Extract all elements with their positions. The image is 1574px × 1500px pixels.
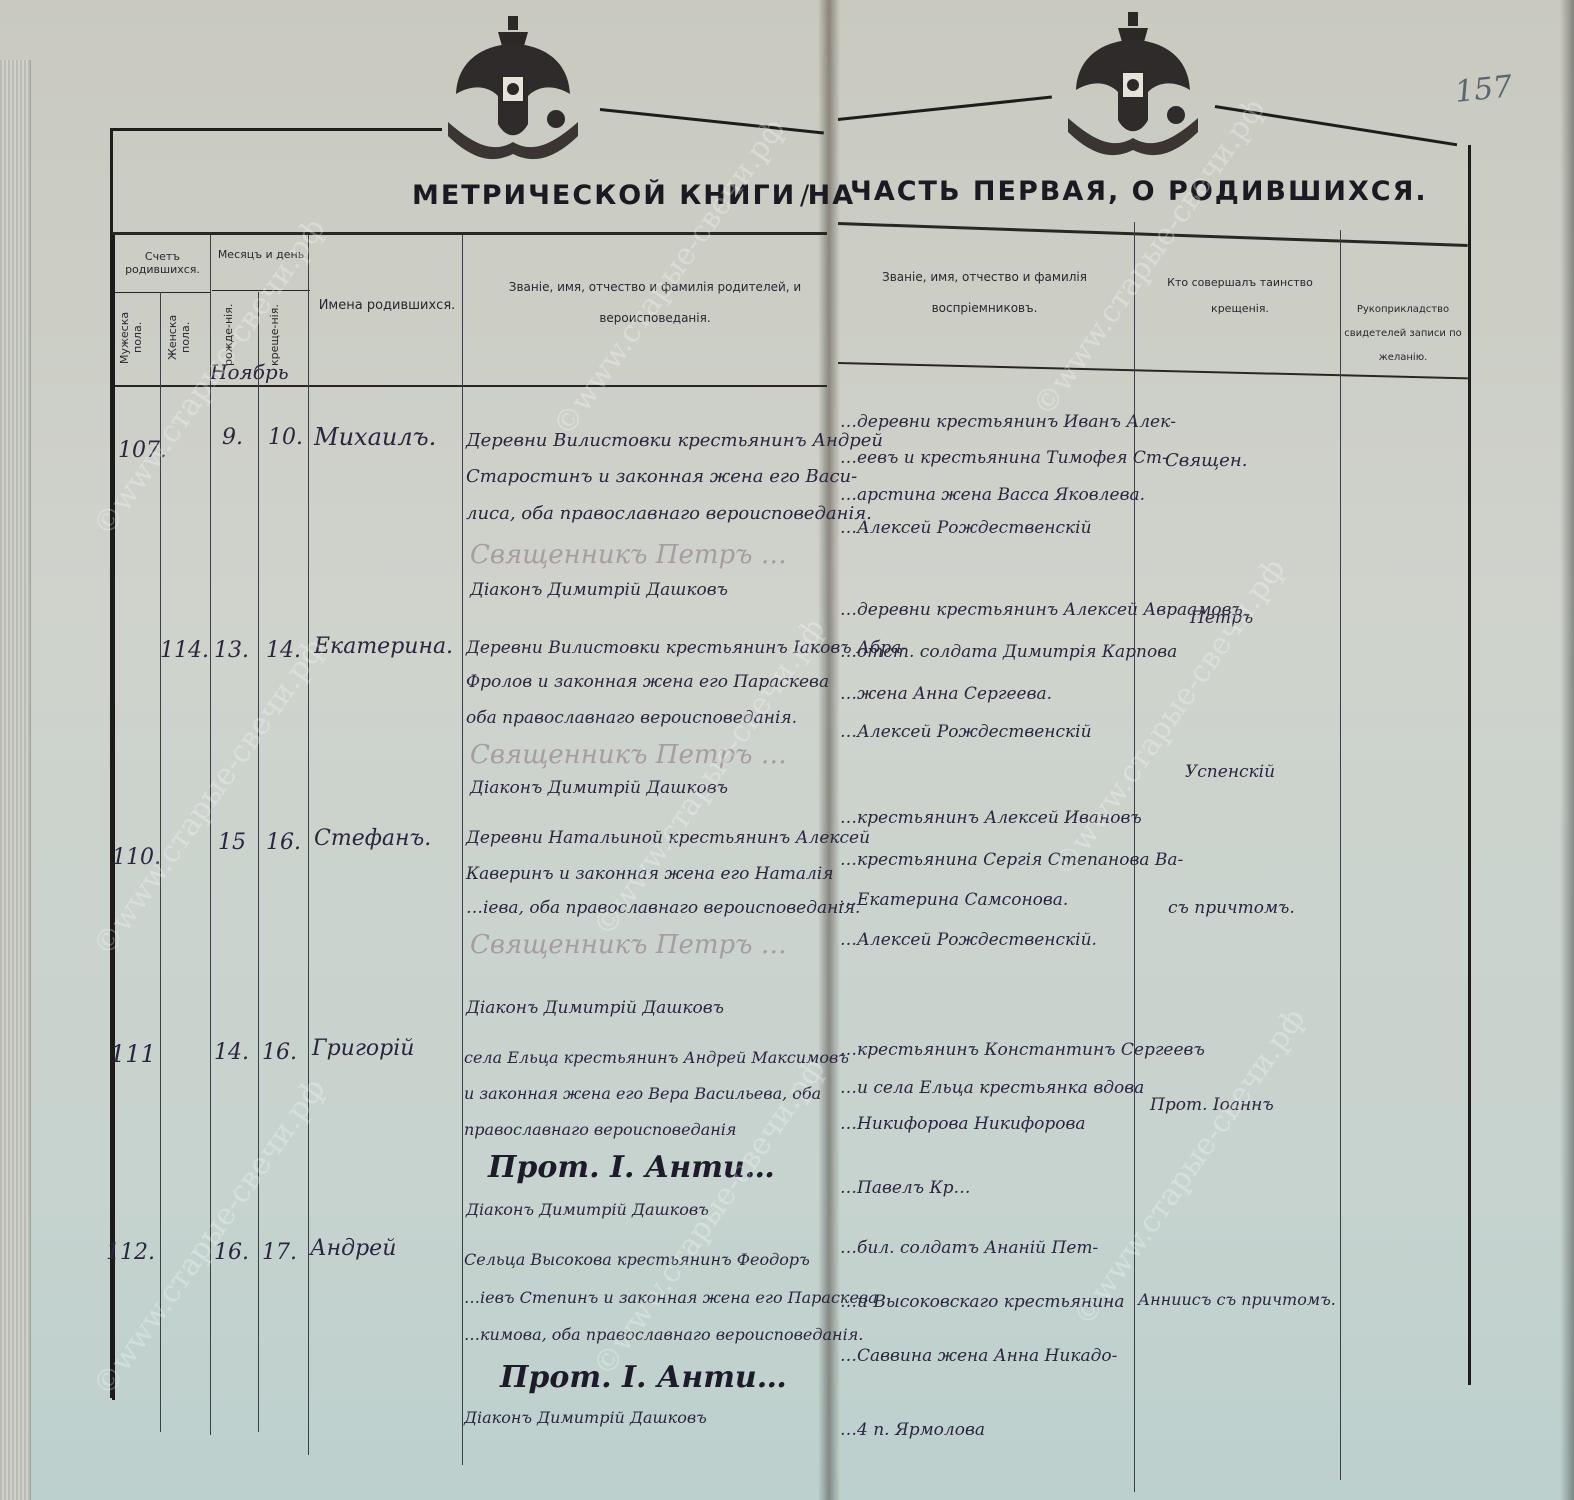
- record-5-child-name: Андрей: [310, 1236, 396, 1261]
- record-4-birth-day: 14.: [214, 1040, 249, 1065]
- record-5-parents-line-2: …іевъ Степинъ и законная жена его Параск…: [464, 1288, 878, 1307]
- col-header-priest: Кто совершалъ таинство крещенія.: [1150, 270, 1330, 323]
- record-2-parents-signature: Священникъ Петръ …: [470, 740, 787, 770]
- record-3-parents-signature: Священникъ Петръ …: [470, 930, 787, 960]
- record-2-priest: Петръ: [1190, 608, 1253, 628]
- record-5-archpriest-signature: Прот. І. Анти…: [500, 1360, 787, 1395]
- col-header-male: Мужеска пола.: [118, 300, 144, 375]
- record-1-godparents-line-3: …арстина жена Васса Яковлева.: [840, 485, 1145, 505]
- col-header-godparents: Званіе, имя, отчество и фамилія воспріем…: [842, 262, 1127, 324]
- record-5-godparents-line-4: …4 п. Ярмолова: [840, 1420, 985, 1440]
- record-2-godparents-line-4: …Алексей Рождественскій: [840, 722, 1092, 742]
- record-5-parents-line-3: …кимова, оба православнаго вероисповедан…: [464, 1325, 863, 1344]
- record-4-baptism-day: 16.: [262, 1040, 297, 1065]
- record-2-parents-line-2: Фролов и законная жена его Параскева: [466, 672, 829, 692]
- record-2-godparents-line-2: …отст. солдата Димитрія Карпова: [840, 642, 1177, 662]
- record-4-male-number: 111: [110, 1040, 156, 1068]
- record-2-godparents-line-1: …деревни крестьянинъ Алексей Авраамовъ: [840, 600, 1243, 620]
- double-headed-eagle-emblem-right: [1058, 10, 1208, 160]
- col-rule-4: [308, 235, 309, 1455]
- record-1-parents-signature: Священникъ Петръ …: [470, 540, 787, 570]
- eagle-icon: [1058, 10, 1208, 160]
- record-1-priest: Священ.: [1165, 450, 1247, 471]
- register-year-mark: /: [800, 180, 811, 211]
- record-3-male-number: 110.: [112, 845, 161, 870]
- frame-top-right: [838, 96, 1052, 121]
- record-4-deacon-note: Діаконъ Димитрій Дашковъ: [466, 998, 724, 1018]
- record-2-child-name: Екатерина.: [314, 634, 453, 659]
- frame-right-edge: [1468, 145, 1471, 1385]
- record-4-child-name: Григорій: [312, 1036, 414, 1061]
- record-3-baptism-day: 16.: [266, 830, 301, 855]
- col-header-parents: Званіе, имя, отчество и фамилія родителе…: [490, 272, 820, 334]
- col-header-signatures: Рукоприкладство свидетелей записи по жел…: [1338, 298, 1468, 370]
- record-4-godparents-line-1: …крестьянинъ Константинъ Сергеевъ: [840, 1040, 1205, 1060]
- record-1-godparents-line-2: …еевъ и крестьянина Тимофея Ст-: [840, 448, 1168, 468]
- record-3-godparents-line-1: …крестьянинъ Алексей Ивановъ: [840, 808, 1142, 828]
- record-3-godparents-line-3: …Екатерина Самсонова.: [840, 890, 1068, 910]
- record-3-priest: съ причтомъ.: [1168, 898, 1295, 918]
- col-header-date-group: Месяцъ и день: [212, 248, 310, 261]
- record-3-parents-line-2: Каверинъ и законная жена его Наталія: [466, 864, 834, 884]
- eagle-icon: [438, 14, 588, 164]
- record-4-godparents-line-3: …Никифорова Никифорова: [840, 1114, 1086, 1134]
- col-rule-0: [112, 235, 115, 1400]
- col-header-name: Имена родившихся.: [312, 298, 462, 314]
- page-shadow: [1560, 0, 1574, 1500]
- record-5-birth-day: 16.: [214, 1240, 249, 1265]
- page-stack-edge: [0, 60, 31, 1500]
- record-5-godparents-line-3: …Саввина жена Анна Никадо-: [840, 1346, 1117, 1366]
- record-4-godparents-line-2: …и села Ельца крестьянка вдова: [840, 1078, 1144, 1098]
- record-1-godparents-line-1: …деревни крестьянинъ Иванъ Алек-: [840, 412, 1176, 432]
- record-1-parents-line-2: Старостинъ и законная жена его Васи-: [466, 466, 857, 487]
- record-3-godparents-line-2: …крестьянина Сергія Степанова Ва-: [840, 850, 1183, 870]
- record-4-parents-line-2: и законная жена его Вера Васильева, оба: [464, 1084, 821, 1103]
- record-4-priest: Прот. Іоаннъ: [1150, 1095, 1274, 1115]
- record-4-godparents-line-4: …Павелъ Кр…: [840, 1178, 971, 1198]
- col-rule-5: [462, 235, 463, 1465]
- record-3-godparents-line-4: …Алексей Рождественскій.: [840, 930, 1097, 950]
- record-1-child-name: Михаилъ.: [314, 423, 436, 451]
- header-subrule-count: [113, 292, 211, 293]
- record-5-godparents-line-1: …бил. солдатъ Ананій Пет-: [840, 1238, 1098, 1258]
- record-4-parents-line-3: православнаго вероисповеданія: [464, 1120, 736, 1139]
- record-2-birth-day: 13.: [214, 638, 249, 663]
- frame-top-right-b: [1215, 105, 1457, 146]
- record-2-godparents-line-3: …жена Анна Сергеева.: [840, 684, 1052, 704]
- col-header-female: Женска пола.: [166, 300, 192, 375]
- record-1-parents-line-1: Деревни Вилистовки крестьянинъ Андрей: [466, 430, 883, 451]
- record-3-parents-line-3: …іева, оба православнаго вероисповеданія…: [466, 898, 860, 918]
- record-4-archpriest-signature: Прот. І. Анти…: [488, 1150, 775, 1185]
- record-1-birth-day: 9.: [222, 425, 243, 450]
- frame-top-left: [112, 128, 442, 131]
- header-subrule-date: [212, 290, 310, 291]
- header-bottom-rule-left: [112, 385, 827, 387]
- record-3-child-name: Стефанъ.: [314, 826, 431, 851]
- header-top-rule-right: [838, 222, 1468, 247]
- record-1-male-number: 107.: [118, 438, 167, 463]
- record-1-parents-line-3: лиса, оба православнаго вероисповеданія.: [466, 503, 872, 524]
- col-header-birth-count: Счетъ родившихся.: [115, 250, 210, 276]
- record-1-baptism-day: 10.: [268, 425, 303, 450]
- col-rule-7: [1340, 230, 1341, 1480]
- record-1-godparents-line-4: …Алексей Рождественскій: [840, 518, 1092, 538]
- record-2-baptism-day: 14.: [266, 638, 301, 663]
- col-rule-2: [210, 235, 211, 1435]
- frame-top-left-b: [600, 108, 824, 135]
- record-3-deacon-note: Діаконъ Димитрій Дашковъ: [470, 778, 728, 798]
- record-5-deacon-note: Діаконъ Димитрій Дашковъ: [466, 1200, 709, 1219]
- header-top-rule-left: [112, 232, 827, 235]
- record-3-birth-day: 15: [218, 830, 246, 855]
- record-2-parents-line-3: оба православнаго вероисповеданія.: [466, 708, 797, 728]
- record-5-deacon-signature: Діаконъ Димитрій Дашковъ: [464, 1408, 707, 1427]
- page-number: 157: [1453, 69, 1514, 110]
- record-3-parents-line-1: Деревни Натальиной крестьянинъ Алексей: [466, 828, 870, 848]
- record-2-deacon-note: Діаконъ Димитрій Дашковъ: [470, 580, 728, 600]
- record-5-baptism-day: 17.: [262, 1240, 297, 1265]
- ledger-book-spread: 157 МЕТРИЧЕСКОЙ КНИГИ НА / ЧАСТЬ П: [0, 0, 1574, 1500]
- record-5-parents-line-1: Сельца Высокова крестьянинъ Феодоръ: [464, 1250, 810, 1269]
- register-title-right: ЧАСТЬ ПЕРВАЯ, О РОДИВШИХСЯ.: [850, 176, 1428, 207]
- record-2-priest-note: Успенскій: [1185, 762, 1275, 782]
- col-rule-3: [258, 292, 259, 1432]
- record-5-godparents-line-2: …и Высоковскаго крестьянина: [840, 1292, 1125, 1312]
- record-2-female-number: 114.: [160, 638, 209, 663]
- register-title-left: МЕТРИЧЕСКОЙ КНИГИ НА: [412, 180, 855, 211]
- record-4-parents-line-1: села Ельца крестьянинъ Андрей Максимовъ: [464, 1048, 849, 1067]
- book-gutter: [818, 0, 840, 1500]
- double-headed-eagle-emblem-left: [438, 14, 588, 164]
- record-5-priest: Анниисъ съ причтомъ.: [1138, 1290, 1336, 1309]
- record-5-male-number: 112.: [106, 1240, 155, 1265]
- month-note-handwritten: Ноябрь: [210, 360, 289, 384]
